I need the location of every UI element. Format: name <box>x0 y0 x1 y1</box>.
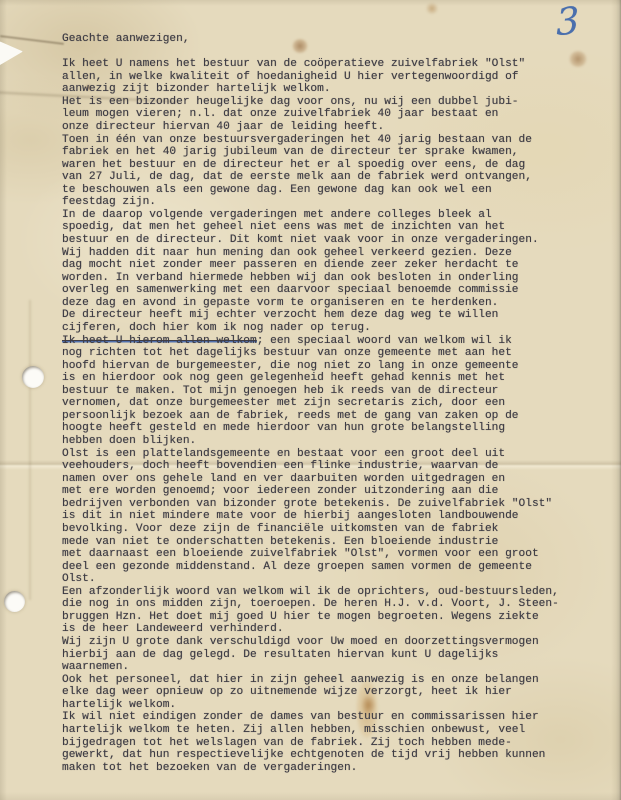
salutation-line: Geachte aanwezigen, <box>62 33 607 46</box>
typed-line: deel een gezonde middenstand. Al deze gr… <box>62 561 607 574</box>
letter-text: Geachte aanwezigen, Ik heet U namens het… <box>62 33 607 774</box>
typed-line: In de daarop volgende vergaderingen met … <box>62 209 607 222</box>
typed-line: Toen in één van onze bestuursvergadering… <box>62 134 607 147</box>
typed-line: dag mocht niet zonder meer passeren en d… <box>62 259 607 272</box>
typed-line: elke dag weer opnieuw op zo uitnemende w… <box>62 686 607 699</box>
typed-line: Ik heet U hierom allen welkom; een speci… <box>62 335 607 348</box>
typed-line: te beschouwen als een gewone dag. Een ge… <box>62 184 607 197</box>
typed-line: leum mogen vieren; n.l. dat onze zuivelf… <box>62 108 607 121</box>
typed-line: worden. In verband hiermede hebben wij d… <box>62 272 607 285</box>
tear-crease <box>0 35 64 45</box>
typed-line: feestdag zijn. <box>62 196 607 209</box>
typed-line: gewerkt, dat hun respectievelijke echtge… <box>62 749 607 762</box>
typed-line: hebben doen blijken. <box>62 435 607 448</box>
typed-line: is de heer Landeweerd verhinderd. <box>62 623 607 636</box>
typed-line: bevolking. Voor deze zijn de financiële … <box>62 523 607 536</box>
typed-line: Wij hadden dit naar hun mening dan ook g… <box>62 247 607 260</box>
typed-line: spoedig, dat men het geheel niet eens wa… <box>62 221 607 234</box>
typed-line: is en hierdoor ook nog geen gelegenheid … <box>62 372 607 385</box>
typed-line: bestuur en de directeur. Dit komt niet v… <box>62 234 607 247</box>
typed-line: hoofd hiervan de burgemeester, die nog n… <box>62 360 607 373</box>
struck-text: Ik heet U hierom allen welkom <box>62 335 257 347</box>
typed-line: hierbij aan de dag gelegd. De resultaten… <box>62 649 607 662</box>
paper-tear <box>0 40 23 65</box>
typed-line: aanwezig zijt bizonder hartelijk welkom. <box>62 83 607 96</box>
typed-line: waarnemen. <box>62 661 607 674</box>
typed-line: onze directeur hiervan 40 jaar de leidin… <box>62 121 607 134</box>
stain <box>425 3 439 14</box>
typed-line: bedrijven verbonden van bizonder grote b… <box>62 498 607 511</box>
typed-line: Een afzonderlijk woord van welkom wil ik… <box>62 586 607 599</box>
typed-line: die nog in ons midden zijn, toeroepen. D… <box>62 598 607 611</box>
typed-line: mede van niet te onderschatten betekenis… <box>62 536 607 549</box>
typed-line: nog richten tot het dagelijks bestuur va… <box>62 347 607 360</box>
typed-line: hartelijk welkom. <box>62 699 607 712</box>
typed-line: met ere worden genoemd; voor iedereen zo… <box>62 485 607 498</box>
typed-line: Ik wil niet eindigen zonder de dames van… <box>62 711 607 724</box>
typed-line: overleg en samenwerking met een daarvoor… <box>62 284 607 297</box>
typed-line: allen, in welke kwaliteit of hoedanighei… <box>62 71 607 84</box>
typed-line: persoonlijk bezoek aan de fabriek, reeds… <box>62 410 607 423</box>
letter-body: Ik heet U namens het bestuur van de coöp… <box>62 58 607 774</box>
typed-line: hartelijk welkom te heten. Zij allen heb… <box>62 724 607 737</box>
letter-page: 3 Geachte aanwezigen, Ik heet U namens h… <box>0 0 621 800</box>
typed-line: met daarnaast een bloeiende zuivelfabrie… <box>62 548 607 561</box>
typed-line: waren het bestuur en de directeur het er… <box>62 159 607 172</box>
typed-line: fabriek en het 40 jarig jubileum van de … <box>62 146 607 159</box>
typed-line: Olst is een plattelandsgemeente en besta… <box>62 448 607 461</box>
typed-line: Het is een bizonder heugelijke dag voor … <box>62 96 607 109</box>
fold-crease-vertical <box>29 300 31 600</box>
typed-line: hoogte heeft gesteld en mede hierdoor va… <box>62 422 607 435</box>
typed-line: bestuur te maken. Tot mijn genoegen heb … <box>62 385 607 398</box>
typed-line: Wij zijn U grote dank verschuldigd voor … <box>62 636 607 649</box>
typed-line: cijferen, doch hier kom ik nog nader op … <box>62 322 607 335</box>
typed-line: bruggen Hzn. Het doet mij goed U hier te… <box>62 611 607 624</box>
typed-line: maken tot het bezoeken van de vergaderin… <box>62 762 607 775</box>
typed-line: is dit in niet mindere mate voor de hier… <box>62 510 607 523</box>
typed-line: namen over ons gehele land en ver daarbu… <box>62 473 607 486</box>
punch-hole-bottom <box>4 591 25 612</box>
typed-line: bijgedragen tot het welslagen van de fab… <box>62 737 607 750</box>
typed-line: deze dag en avond in gepaste vorm te org… <box>62 297 607 310</box>
typed-line: veehouders, doch heeft bovendien een fli… <box>62 460 607 473</box>
typed-line: Ik heet U namens het bestuur van de coöp… <box>62 58 607 71</box>
typed-line: Ook het personeel, dat hier in zijn gehe… <box>62 674 607 687</box>
typed-line: De directeur heeft mij echter verzocht h… <box>62 309 607 322</box>
typed-line: van 27 Juli, de dag, dat de eerste melk … <box>62 171 607 184</box>
punch-hole-top <box>22 366 44 388</box>
typed-line: vernomen, dat onze burgemeester met zijn… <box>62 397 607 410</box>
typed-line: Olst. <box>62 573 607 586</box>
